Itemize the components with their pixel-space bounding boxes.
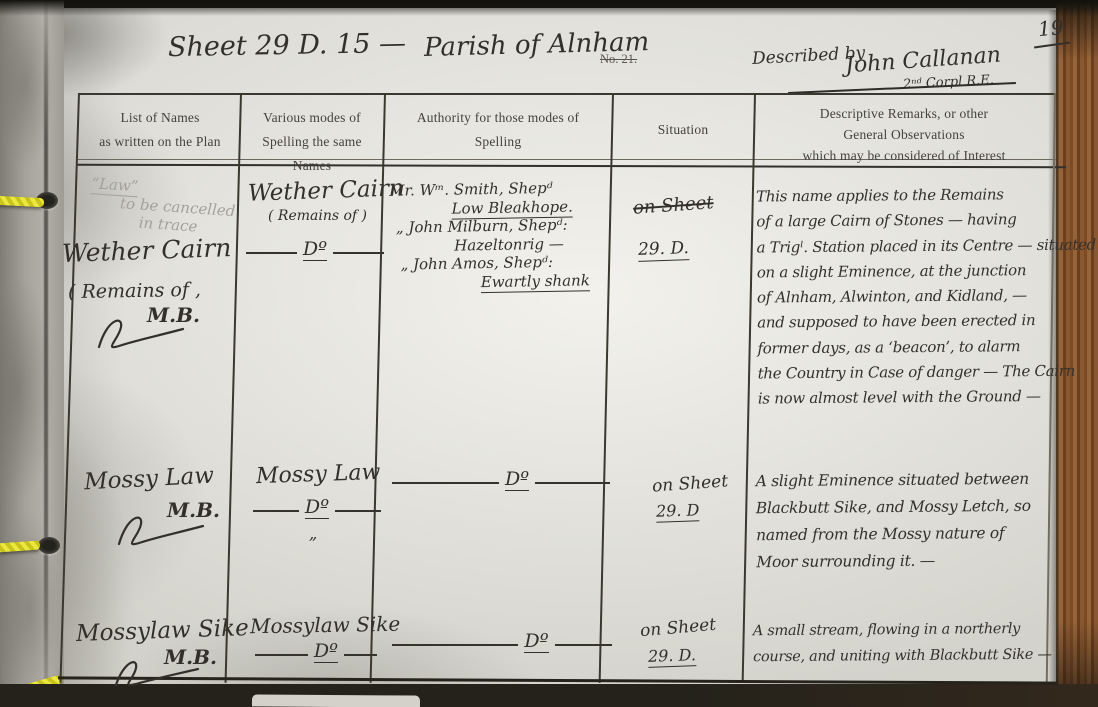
ditto-rule: [535, 482, 610, 484]
remarks-line: named from the Mossy nature of: [756, 520, 1031, 549]
authority-line: Hazeltonrig —: [454, 234, 589, 255]
spelling-entry: Mossylaw Sike: [250, 612, 401, 639]
surveyor-initials-flourish: M.B.: [115, 498, 265, 550]
surveyor-initials: M.B.: [164, 645, 217, 669]
remarks-line: course, and uniting with Blackbutt Sike …: [753, 642, 1052, 671]
ditto-text: Dº: [314, 640, 338, 663]
pencil-note-line: “Law”: [91, 174, 139, 197]
ditto-rule: [253, 510, 299, 512]
binding-crease: [44, 0, 48, 707]
ditto-text: Dº: [505, 468, 529, 491]
situation-sheet-number: 29. D.: [638, 238, 690, 260]
remarks-line: of Alnham, Alwinton, and Kidland, —: [757, 283, 1097, 311]
ditto-mark: Dº: [392, 468, 610, 491]
header-line: Various modes of: [242, 106, 382, 130]
descriptive-remarks: A slight Eminence situated between Black…: [756, 466, 1032, 576]
surveyor-initials-flourish: M.B.: [95, 303, 245, 355]
header-line: Descriptive Remarks, or other: [756, 103, 1052, 124]
descriptive-remarks: A small stream, flowing in a northerly c…: [753, 616, 1052, 671]
spelling-entry: Mossy Law: [256, 460, 381, 489]
ditto-rule: [333, 252, 384, 254]
remarks-line: the Country in Case of danger — The Cair…: [758, 359, 1098, 387]
plan-name-qualifier: ( Remains of ,: [68, 279, 201, 303]
header-line: Spelling the same Names: [242, 130, 382, 178]
sheet-label: Sheet 29 D. 15 —: [168, 28, 407, 63]
ditto-rule: [246, 252, 297, 254]
ditto-mark: Dº: [253, 496, 381, 519]
scanned-name-book-page: 19 Sheet 29 D. 15 — No. 21. Parish of Al…: [0, 0, 1098, 707]
ditto-rule: [255, 654, 308, 656]
remarks-line: former days, as a ‘beacon’, to alarm: [757, 333, 1097, 361]
ditto-rule: [392, 482, 499, 484]
ditto-mark: Dº: [255, 640, 377, 663]
header-list-of-names: List of Names as written on the Plan: [80, 106, 240, 154]
situation-sheet-number: 29. D.: [648, 645, 697, 666]
surveyor-initials: M.B.: [147, 303, 200, 327]
header-spelling-modes: Various modes of Spelling the same Names: [242, 106, 382, 178]
ditto-mark: Dº: [246, 238, 384, 261]
header-authority: Authority for those modes of Spelling: [386, 106, 610, 154]
table-top-border: [78, 93, 1056, 95]
remarks-line: This name applies to the Remains: [756, 182, 1096, 210]
header-line: which may be considered of Interest: [756, 145, 1052, 166]
spelling-entry: Wether Cairn: [248, 175, 405, 206]
remarks-line: A slight Eminence situated between: [756, 466, 1031, 495]
underlying-page-sliver: [252, 694, 420, 707]
descriptive-remarks: This name applies to the Remains of a la…: [756, 182, 1097, 413]
binding-margin: [0, 0, 64, 707]
authority-line: Ewartly shank: [481, 271, 590, 291]
ditto-mark: Dº: [392, 630, 612, 653]
surveyor-initials: M.B.: [167, 498, 220, 522]
remarks-line: a Trigˡ. Station placed in its Centre — …: [756, 232, 1096, 260]
remarks-line: A small stream, flowing in a northerly: [753, 616, 1052, 645]
top-shadow: [0, 0, 1098, 16]
binding-hole: [38, 537, 60, 554]
ditto-quote-mark: „: [309, 524, 317, 543]
remarks-line: of a large Cairn of Stones — having: [756, 207, 1096, 235]
remarks-line: is now almost level with the Ground —: [758, 384, 1098, 412]
surveyor-initials-flourish: M.B.: [112, 645, 262, 697]
ditto-rule: [392, 644, 518, 646]
ditto-rule: [335, 510, 381, 512]
remarks-line: Moor surrounding it. —: [756, 547, 1031, 576]
header-line: Spelling: [386, 130, 610, 154]
remarks-line: on a slight Eminence, at the junction: [757, 257, 1097, 285]
spelling-qualifier: ( Remains of ): [268, 208, 367, 224]
header-line: as written on the Plan: [80, 130, 240, 154]
ditto-text: Dº: [524, 630, 548, 653]
page-number: 19: [1037, 15, 1064, 41]
remarks-line: Blackbutt Sike, and Mossy Letch, so: [756, 493, 1031, 522]
header-line: Authority for those modes of: [386, 106, 610, 130]
plan-name: Wether Cairn: [62, 233, 232, 268]
parish-title: Parish of Alnham: [424, 27, 650, 63]
ditto-rule: [344, 654, 377, 656]
ditto-text: Dº: [303, 238, 327, 261]
remarks-line: and supposed to have been erected in: [757, 308, 1097, 336]
authority-line: Low Bleakhope.: [451, 197, 588, 218]
header-situation: Situation: [614, 118, 752, 142]
ditto-text: Dº: [305, 496, 329, 519]
header-line: List of Names: [80, 106, 240, 130]
ditto-rule: [555, 644, 612, 646]
header-line: General Observations: [756, 124, 1052, 145]
authority-entry: Mr. Wᵐ. Smith, Shepᵈ Low Bleakhope. „ Jo…: [389, 178, 590, 292]
header-remarks: Descriptive Remarks, or other General Ob…: [756, 103, 1052, 166]
situation-sheet-number: 29. D: [656, 500, 700, 521]
